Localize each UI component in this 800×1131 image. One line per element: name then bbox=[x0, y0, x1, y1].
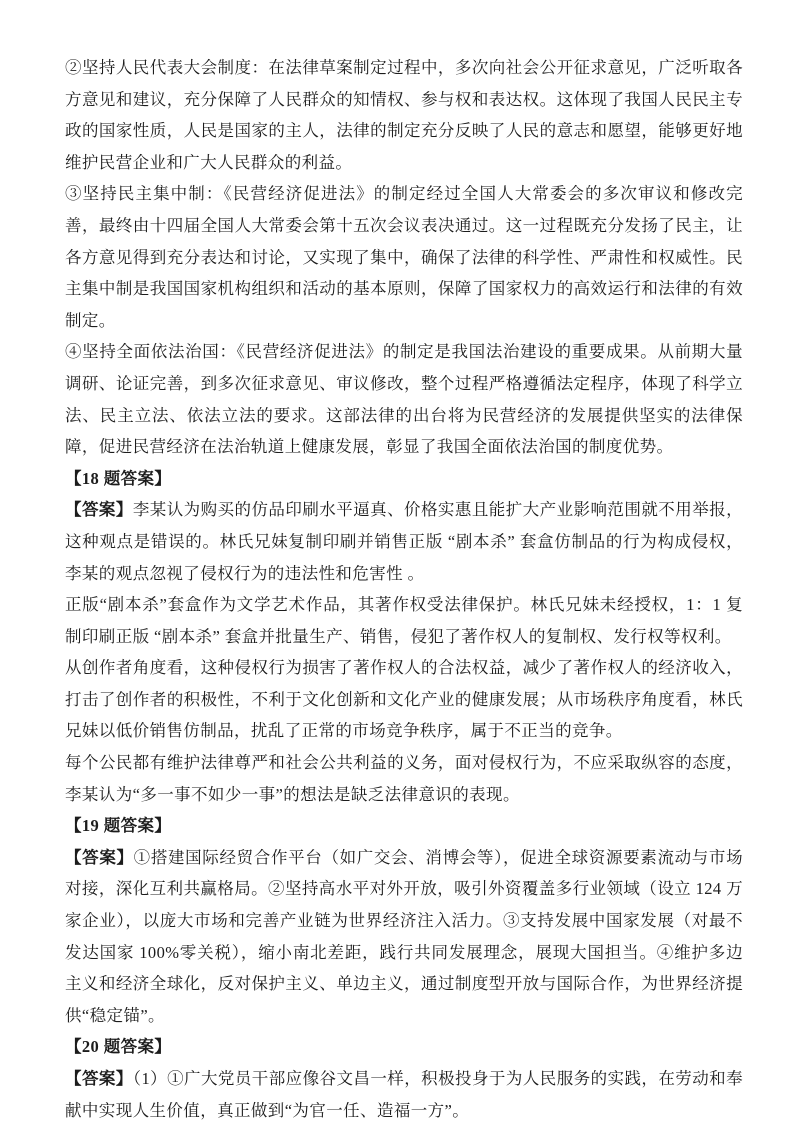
answer-section-heading: 【19 题答案】 bbox=[65, 810, 743, 842]
paragraph-text: （1）①广大党员干部应像谷文昌一样，积极投身于为人民服务的实践，在劳动和奉献中实… bbox=[65, 1069, 743, 1120]
answer-label: 【答案】 bbox=[65, 500, 133, 519]
answer-paragraph: ②坚持人民代表大会制度：在法律草案制定过程中，多次向社会公开征求意见，广泛听取各… bbox=[65, 52, 743, 178]
paragraph-text: 正版“剧本杀”套盒作为文学艺术作品，其著作权受法律保护。林氏兄妹未经授权，1：1… bbox=[65, 595, 743, 646]
paragraph-text: ④坚持全面依法治国：《民营经济促进法》的制定是我国法治建设的重要成果。从前期大量… bbox=[65, 342, 743, 456]
paragraph-text: ③坚持民主集中制：《民营经济促进法》的制定经过全国人大常委会的多次审议和修改完善… bbox=[65, 184, 743, 329]
answer-paragraph: 从创作者角度看，这种侵权行为损害了著作权人的合法权益，减少了著作权人的经济收入，… bbox=[65, 652, 743, 747]
answer-paragraph: 【答案】①搭建国际经贸合作平台（如广交会、消博会等），促进全球资源要素流动与市场… bbox=[65, 842, 743, 1032]
answer-paragraph: ④坚持全面依法治国：《民营经济促进法》的制定是我国法治建设的重要成果。从前期大量… bbox=[65, 336, 743, 462]
answer-paragraph: ③坚持民主集中制：《民营经济促进法》的制定经过全国人大常委会的多次审议和修改完善… bbox=[65, 178, 743, 336]
paragraph-text: 每个公民都有维护法律尊严和社会公共利益的义务，面对侵权行为，不应采取纵容的态度，… bbox=[65, 753, 743, 804]
answer-paragraph: 每个公民都有维护法律尊严和社会公共利益的义务，面对侵权行为，不应采取纵容的态度，… bbox=[65, 747, 743, 810]
answer-label: 【18 题答案】 bbox=[65, 469, 171, 488]
answer-section-heading: 【18 题答案】 bbox=[65, 463, 743, 495]
answer-label: 【19 题答案】 bbox=[65, 816, 171, 835]
answer-paragraph: 正版“剧本杀”套盒作为文学艺术作品，其著作权受法律保护。林氏兄妹未经授权，1：1… bbox=[65, 589, 743, 652]
answer-section-heading: 【20 题答案】 bbox=[65, 1031, 743, 1063]
document-page: ②坚持人民代表大会制度：在法律草案制定过程中，多次向社会公开征求意见，广泛听取各… bbox=[0, 0, 800, 1131]
document-content: ②坚持人民代表大会制度：在法律草案制定过程中，多次向社会公开征求意见，广泛听取各… bbox=[65, 52, 743, 1126]
answer-label: 【20 题答案】 bbox=[65, 1037, 171, 1056]
answer-label: 【答案】 bbox=[65, 1069, 133, 1088]
paragraph-text: ②坚持人民代表大会制度：在法律草案制定过程中，多次向社会公开征求意见，广泛听取各… bbox=[65, 58, 743, 172]
paragraph-text: 从创作者角度看，这种侵权行为损害了著作权人的合法权益，减少了著作权人的经济收入，… bbox=[65, 658, 743, 740]
paragraph-text: ①搭建国际经贸合作平台（如广交会、消博会等），促进全球资源要素流动与市场对接，深… bbox=[65, 848, 743, 1025]
answer-paragraph: 【答案】（1）①广大党员干部应像谷文昌一样，积极投身于为人民服务的实践，在劳动和… bbox=[65, 1063, 743, 1126]
answer-paragraph: 【答案】李某认为购买的仿品印刷水平逼真、价格实惠且能扩大产业影响范围就不用举报，… bbox=[65, 494, 743, 589]
paragraph-text: 李某认为购买的仿品印刷水平逼真、价格实惠且能扩大产业影响范围就不用举报，这种观点… bbox=[65, 500, 743, 582]
answer-label: 【答案】 bbox=[65, 848, 134, 867]
